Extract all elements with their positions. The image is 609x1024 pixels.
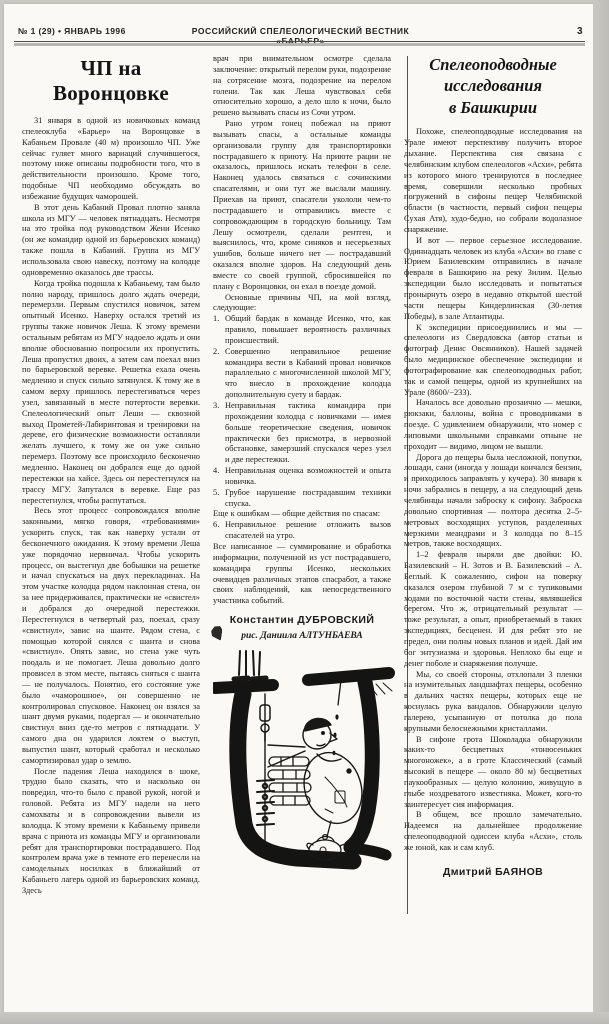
page-number: 3 [413, 26, 583, 37]
body-paragraph: Рано утром гонец побежал на приют вызыва… [213, 119, 391, 293]
body-paragraph: И вот — первое серьезное исследование. О… [404, 236, 582, 323]
article2-title-line1: Спелеоподводные [429, 55, 557, 74]
issue-label: № 1 (29) • ЯНВАРЬ 1996 [18, 26, 188, 36]
caver-cap [305, 718, 331, 731]
numbered-list-item: 2.Совершенно неправильное решение команд… [213, 347, 391, 401]
body-paragraph: После падения Леша находился в шоке, тру… [22, 767, 200, 897]
article2-title: Спелеоподводные исследования в Башкирии [404, 54, 582, 118]
article1-byline: Константин ДУБРОВСКИЙ рис. Даниила АЛТУН… [213, 614, 391, 641]
article1-closing: Все написанное — суммирование и обработк… [213, 542, 391, 607]
numbered-list-item: 6.Неправильное решение отложить вызов сп… [213, 520, 391, 542]
body-paragraph: Еще к ошибкам — общие действия по спасам… [213, 509, 391, 520]
body-paragraph: Похоже, спелеоподводные исследования на … [404, 127, 582, 235]
article2-text: Похоже, спелеоподводные исследования на … [404, 127, 582, 854]
body-paragraph: Мы, со своей стороны, отхлопали 3 пленки… [404, 670, 582, 735]
body-paragraph: В сифоне грота Шоколадка обнаружили каки… [404, 735, 582, 811]
body-paragraph: В общем, все прошло замечательно. Надеем… [404, 810, 582, 853]
body-paragraph: Основные причины ЧП, на мой взгляд, след… [213, 293, 391, 315]
right-rope [338, 680, 341, 705]
article2-title-line3: в Башкирии [449, 98, 537, 117]
numbered-list-item: 4.Неправильная оценка возможностей и опы… [213, 466, 391, 488]
columns-container: ЧП на Воронцовке 31 января в одной из но… [22, 54, 582, 897]
pit-right-wall [351, 682, 372, 847]
header-rule [14, 41, 585, 42]
numbered-list-item: 5.Грубое нарушение пострадавшим техники … [213, 488, 391, 510]
body-paragraph: К экспедиции присоединились и мы — спеле… [404, 323, 582, 399]
header-rule-shadow [14, 43, 585, 46]
body-paragraph: 1–2 февраля ныряли две двойки: Ю. Базиле… [404, 550, 582, 669]
body-paragraph: Дорога до пещеры была несложной, попутки… [404, 453, 582, 551]
article1-errors-intro: Еще к ошибкам — общие действия по спасам… [213, 509, 391, 520]
page: № 1 (29) • ЯНВАРЬ 1996 РОССИЙСКИЙ СПЕЛЕО… [4, 4, 593, 1012]
numbered-list-item: 3.Неправильная тактика командира при про… [213, 401, 391, 466]
body-paragraph: Началось все довольно прозаично — мешки,… [404, 398, 582, 452]
water-drips [333, 714, 339, 755]
article2-author: Дмитрий БАЯНОВ [404, 866, 582, 878]
column-2: врач при внимательном осмотре сделала за… [213, 54, 391, 897]
article1-author: Константин ДУБРОВСКИЙ [213, 614, 391, 626]
standing-legs [234, 651, 266, 679]
article1-col2-text: врач при внимательном осмотре сделала за… [213, 54, 391, 314]
pit-floor-right [349, 848, 386, 855]
scan-edge-right [593, 0, 609, 1024]
body-paragraph: 31 января в одной из новичковых команд с… [22, 116, 200, 203]
article1-causes-list: 1.Общий бардак в команде Исенко, что, ка… [213, 314, 391, 509]
column-3: Спелеоподводные исследования в Башкирии … [404, 54, 582, 897]
scan-edge-bottom [0, 1012, 609, 1024]
body-paragraph: В этот день Кабаний Провал плотно заняла… [22, 203, 200, 279]
numbered-list-item: 1.Общий бардак в команде Исенко, что, ка… [213, 314, 391, 347]
column-1: ЧП на Воронцовке 31 января в одной из но… [22, 54, 200, 897]
article1-col1-text: 31 января в одной из новичковых команд с… [22, 116, 200, 897]
illustration-cartoon [213, 649, 395, 881]
body-paragraph: Когда тройка подошла к Кабаньему, там бы… [22, 279, 200, 507]
pit-right-ledge [308, 673, 389, 680]
body-paragraph: Весь этот процесс сопровождался вполне з… [22, 506, 200, 766]
scanned-newsletter-page: { "header": { "issue": "№ 1 (29) • ЯНВАР… [0, 0, 609, 1024]
article1-errors-list: 6.Неправильное решение отложить вызов сп… [213, 520, 391, 542]
article2-title-line2: исследования [444, 76, 542, 95]
body-paragraph: врач при внимательном осмотре сделала за… [213, 54, 391, 119]
article1-title: ЧП на Воронцовке [22, 56, 200, 106]
body-paragraph: Все написанное — суммирование и обработк… [213, 542, 391, 607]
article1-illustrator-credit: рис. Даниила АЛТУНБАЕВА [213, 631, 391, 641]
